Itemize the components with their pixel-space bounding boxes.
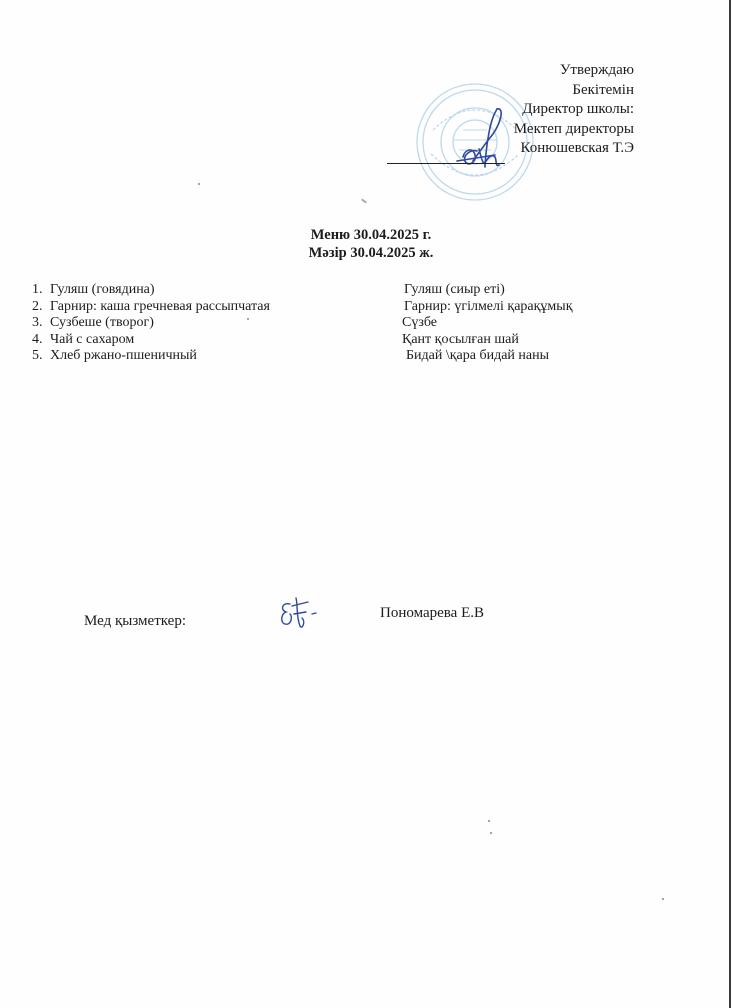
scan-speck (490, 832, 492, 834)
menu-item: 2.Гарнир: каша гречневая рассыпчатая (32, 299, 270, 316)
menu-item-kz: Қант қосылған шай (402, 332, 573, 349)
menu-item-kz: Гарнир: үгілмелі қарақұмық (404, 299, 573, 316)
menu-item-number: 3. (32, 315, 50, 332)
title-ru: Меню 30.04.2025 г. (10, 226, 732, 244)
menu-item-number: 1. (32, 282, 50, 299)
medical-staff-signature-icon (278, 592, 322, 632)
signature-underline (387, 163, 505, 164)
approval-line-approve-kz: Бекітемін (514, 81, 634, 101)
menu-item-text: Сузбеше (творог) (50, 315, 154, 332)
approval-line-position-kz: Мектеп директоры (514, 120, 634, 140)
menu-item: 1.Гуляш (говядина) (32, 282, 270, 299)
title-kz: Мәзір 30.04.2025 ж. (10, 244, 732, 262)
menu-item: 5.Хлеб ржано-пшеничный (32, 348, 270, 365)
director-signature-icon (455, 105, 517, 171)
scan-speck (247, 318, 249, 320)
menu-item-number: 2. (32, 299, 50, 316)
approval-line-director-name: Конюшевская Т.Э (514, 139, 634, 159)
menu-item: 3.Сузбеше (творог) (32, 315, 270, 332)
approval-line-position-ru: Директор школы: (514, 100, 634, 120)
menu-item-text: Гарнир: каша гречневая рассыпчатая (50, 299, 270, 316)
approval-line-approve-ru: Утверждаю (514, 61, 634, 81)
approval-block: Утверждаю Бекітемін Директор школы: Мект… (514, 61, 634, 159)
document-page: Утверждаю Бекітемін Директор школы: Мект… (0, 0, 732, 1008)
menu-item-number: 4. (32, 332, 50, 349)
menu-item-kz: Сүзбе (402, 315, 573, 332)
menu-item-text: Чай с сахаром (50, 332, 134, 349)
scan-speck (662, 898, 664, 900)
menu-list-ru: 1.Гуляш (говядина) 2.Гарнир: каша гречне… (32, 282, 270, 365)
scan-speck (361, 198, 367, 203)
scan-speck (488, 820, 490, 822)
scan-edge-line (729, 0, 731, 1008)
menu-item-text: Гуляш (говядина) (50, 282, 155, 299)
medical-staff-name: Пономарева Е.В (380, 605, 484, 622)
menu-list-kz: Гуляш (сиыр еті) Гарнир: үгілмелі қарақұ… (404, 282, 573, 365)
menu-item-text: Хлеб ржано-пшеничный (50, 348, 197, 365)
menu-item-kz: Гуляш (сиыр еті) (404, 282, 573, 299)
medical-staff-label: Мед қызметкер: (84, 613, 186, 630)
menu-item-kz: Бидай \қара бидай наны (406, 348, 573, 365)
document-title: Меню 30.04.2025 г. Мәзір 30.04.2025 ж. (0, 226, 732, 262)
scan-speck (198, 183, 200, 185)
menu-item-number: 5. (32, 348, 50, 365)
menu-item: 4.Чай с сахаром (32, 332, 270, 349)
